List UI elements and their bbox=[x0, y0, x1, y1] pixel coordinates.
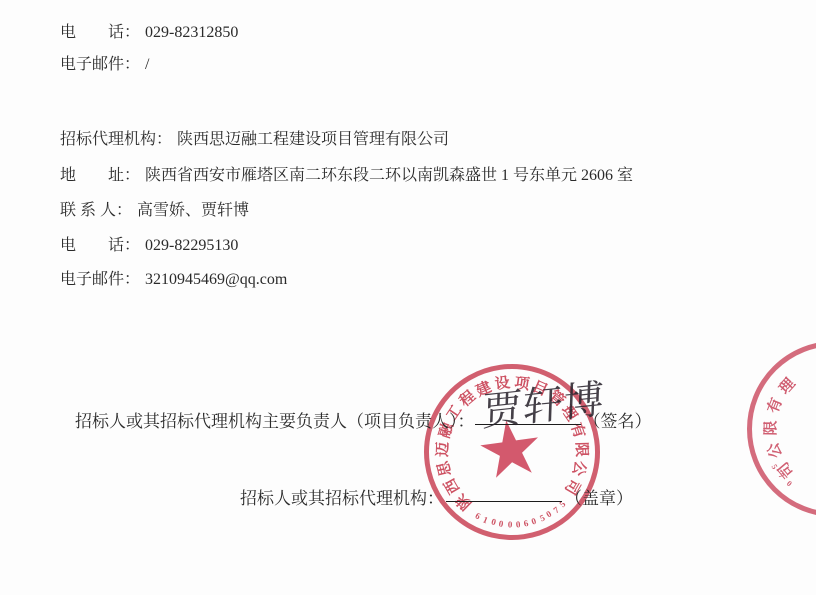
stamp-arc-char: 7 bbox=[776, 472, 785, 480]
stamp-arc-char: 5 bbox=[538, 513, 546, 523]
phone-row-1: 电 话：029-82312850 bbox=[60, 23, 238, 42]
email-value-2: 3210945469@qq.com bbox=[145, 270, 287, 289]
phone-value: 029-82312850 bbox=[145, 23, 238, 42]
stamp-arc-char: 0 bbox=[507, 520, 512, 529]
email-row-1: 电子邮件：/ bbox=[60, 55, 149, 74]
phone-label-2: 电 话： bbox=[60, 236, 140, 255]
email-row-2: 电子邮件：3210945469@qq.com bbox=[60, 270, 287, 289]
document-page: 电 话：029-82312850 电子邮件：/ 招标代理机构：陕西思迈融工程建设… bbox=[0, 0, 816, 595]
stamp-arc-char: 0 bbox=[545, 510, 553, 520]
stamp-arc-char: 0 bbox=[498, 519, 504, 529]
stamp-arc-char: 6 bbox=[523, 519, 529, 529]
address-row: 地 址：陕西省西安市雁塔区南二环东段二环以南凯森盛世 1 号东单元 2606 室 bbox=[60, 166, 633, 185]
phone-label: 电 话： bbox=[60, 23, 140, 42]
stamp-arc-char: 6 bbox=[474, 511, 482, 521]
org-seal-line: 招标人或其招标代理机构：（盖章） bbox=[240, 483, 633, 510]
address-label: 地 址： bbox=[60, 166, 140, 185]
stamp-arc-char: 1 bbox=[482, 515, 489, 525]
org-seal-label: 招标人或其招标代理机构： bbox=[240, 488, 444, 510]
phone-value-2: 029-82295130 bbox=[145, 236, 238, 255]
email-label-2: 电子邮件： bbox=[60, 270, 140, 289]
agency-name: 陕西思迈融工程建设项目管理有限公司 bbox=[177, 130, 449, 149]
email-value: / bbox=[145, 55, 149, 74]
seal-blank-line bbox=[446, 481, 562, 502]
seal-suffix: （盖章） bbox=[565, 488, 633, 510]
address-value: 陕西省西安市雁塔区南二环东段二环以南凯森盛世 1 号东单元 2606 室 bbox=[145, 166, 633, 185]
contact-person-label: 联 系 人： bbox=[60, 201, 132, 220]
contact-person-row: 联 系 人：高雪娇、贾轩博 bbox=[60, 201, 249, 220]
stamp-arc-char: 0 bbox=[785, 480, 793, 489]
stamp-arc-char: 0 bbox=[531, 517, 538, 527]
edge-partial-stamp: 理有限公司 075 bbox=[747, 341, 816, 517]
email-label: 电子邮件： bbox=[60, 55, 140, 74]
stamp-arc-char: 0 bbox=[515, 520, 520, 529]
edge-stamp-serial-text: 075 bbox=[747, 341, 816, 517]
stamp-arc-char: 5 bbox=[769, 463, 778, 471]
phone-row-2: 电 话：029-82295130 bbox=[60, 236, 238, 255]
stamp-arc-char: 0 bbox=[490, 518, 497, 528]
agency-row: 招标代理机构：陕西思迈融工程建设项目管理有限公司 bbox=[60, 130, 449, 149]
agency-label: 招标代理机构： bbox=[60, 130, 172, 149]
contact-person-value: 高雪娇、贾轩博 bbox=[137, 201, 249, 220]
responsible-person-label: 招标人或其招标代理机构主要负责人（项目负责人）： bbox=[75, 411, 475, 433]
